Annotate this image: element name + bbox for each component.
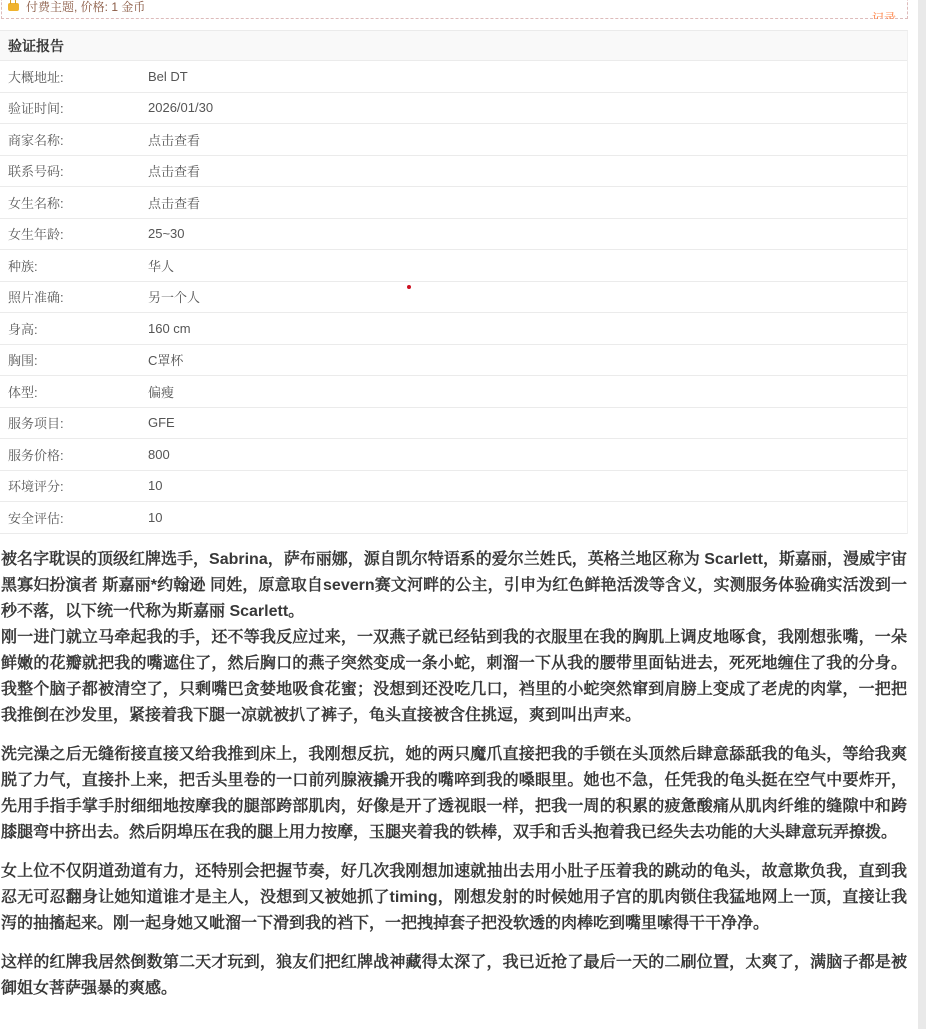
main-content: 付费主题, 价格: 1 金币 记录 验证报告 大概地址: Bel DT 验证时间…	[0, 0, 910, 1015]
table-row: 照片准确: 另一个人	[0, 282, 907, 314]
row-value: 2026/01/30	[148, 100, 907, 115]
table-row: 环境评分: 10	[0, 471, 907, 503]
row-value-link[interactable]: 点击查看	[148, 193, 907, 212]
table-row: 种族: 华人	[0, 250, 907, 282]
row-value: 10	[148, 510, 907, 525]
row-value: C罩杯	[148, 350, 907, 369]
row-label: 验证时间:	[0, 98, 148, 117]
row-label: 联系号码:	[0, 161, 148, 180]
row-value: 25~30	[148, 226, 907, 241]
table-row: 验证时间: 2026/01/30	[0, 93, 907, 125]
red-dot-marker	[407, 285, 411, 289]
row-value: 另一个人	[148, 287, 907, 306]
table-row: 体型: 偏瘦	[0, 376, 907, 408]
row-value: 华人	[148, 256, 907, 275]
row-value-link[interactable]: 点击查看	[148, 161, 907, 180]
table-row: 胸围: C罩杯	[0, 345, 907, 377]
paid-topic-text: 付费主题, 价格: 1 金币	[26, 0, 145, 15]
row-label: 女生名称:	[0, 193, 148, 212]
paid-topic-notice: 付费主题, 价格: 1 金币 记录	[0, 0, 910, 19]
row-label: 女生年龄:	[0, 224, 148, 243]
table-row: 安全评估: 10	[0, 502, 907, 534]
review-paragraph: 刚一进门就立马牵起我的手，还不等我反应过来，一双燕子就已经钻到我的衣服里在我的胸…	[1, 625, 907, 729]
row-label: 安全评估:	[0, 508, 148, 527]
row-label: 大概地址:	[0, 67, 148, 86]
review-paragraph: 女上位不仅阴道劲道有力，还特别会把握节奏，好几次我刚想加速就抽出去用小肚子压着我…	[1, 859, 907, 937]
right-gutter	[918, 0, 926, 1029]
row-label: 体型:	[0, 382, 148, 401]
table-row: 大概地址: Bel DT	[0, 61, 907, 93]
row-value: 160 cm	[148, 321, 907, 336]
lock-icon	[8, 3, 19, 11]
table-row: 服务项目: GFE	[0, 408, 907, 440]
row-value: 10	[148, 478, 907, 493]
row-value: Bel DT	[148, 69, 907, 84]
row-label: 身高:	[0, 319, 148, 338]
purchase-record-link[interactable]: 记录	[872, 9, 896, 19]
review-paragraph: 被名字耽误的顶级红牌选手，Sabrina，萨布丽娜，源自凯尔特语系的爱尔兰姓氏，…	[1, 547, 907, 625]
row-label: 照片准确:	[0, 287, 148, 306]
row-value-link[interactable]: 点击查看	[148, 130, 907, 149]
row-label: 种族:	[0, 256, 148, 275]
table-row: 女生年龄: 25~30	[0, 219, 907, 251]
review-text: 被名字耽误的顶级红牌选手，Sabrina，萨布丽娜，源自凯尔特语系的爱尔兰姓氏，…	[1, 547, 907, 1002]
report-title: 验证报告	[0, 31, 907, 61]
table-row: 女生名称: 点击查看	[0, 187, 907, 219]
row-value: 偏瘦	[148, 382, 907, 401]
report-table: 验证报告 大概地址: Bel DT 验证时间: 2026/01/30 商家名称:…	[0, 30, 908, 534]
report-rows: 大概地址: Bel DT 验证时间: 2026/01/30 商家名称: 点击查看…	[0, 61, 907, 534]
table-row: 服务价格: 800	[0, 439, 907, 471]
row-label: 服务项目:	[0, 413, 148, 432]
row-value: 800	[148, 447, 907, 462]
review-paragraph: 洗完澡之后无缝衔接直接又给我推到床上，我刚想反抗，她的两只魔爪直接把我的手锁在头…	[1, 742, 907, 846]
table-row: 商家名称: 点击查看	[0, 124, 907, 156]
review-paragraph: 这样的红牌我居然倒数第二天才玩到，狼友们把红牌战神藏得太深了，我已近抢了最后一天…	[1, 950, 907, 1002]
row-label: 环境评分:	[0, 476, 148, 495]
row-value: GFE	[148, 415, 907, 430]
table-row: 身高: 160 cm	[0, 313, 907, 345]
row-label: 胸围:	[0, 350, 148, 369]
row-label: 商家名称:	[0, 130, 148, 149]
paid-topic-notice-box: 付费主题, 价格: 1 金币	[1, 0, 908, 19]
row-label: 服务价格:	[0, 445, 148, 464]
page: 付费主题, 价格: 1 金币 记录 验证报告 大概地址: Bel DT 验证时间…	[0, 0, 926, 1029]
table-row: 联系号码: 点击查看	[0, 156, 907, 188]
